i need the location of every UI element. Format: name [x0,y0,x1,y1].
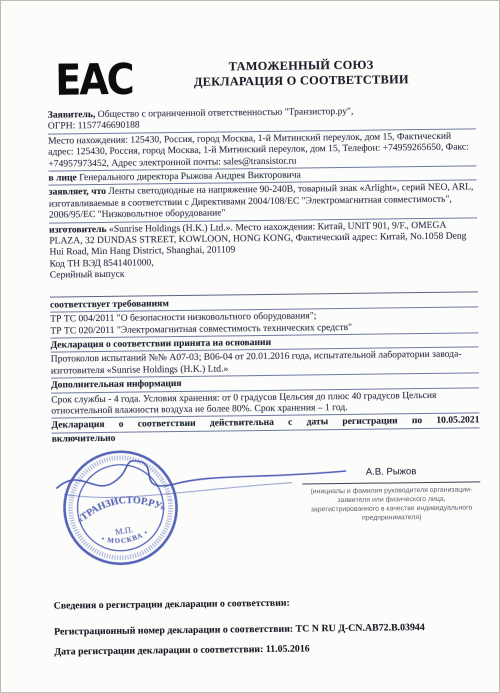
head-name: А.В. Рыжов [302,466,480,485]
regulations-section: ТР ТС 004/2011 "О безопасности низковоль… [50,308,478,338]
validity-section: Декларация о соответствии действительна … [51,415,479,445]
declaration-document: ЕАС ТАМОЖЕННЫЙ СОЮЗ ДЕКЛАРАЦИЯ О СООТВЕТ… [47,50,482,658]
document-title: ТАМОЖЕННЫЙ СОЮЗ ДЕКЛАРАЦИЯ О СООТВЕТСТВИ… [127,50,475,90]
represented-by-name: Генерального директора Рыжова Андрея Вик… [79,170,301,184]
applicant-label: Заявитель, [48,109,96,121]
applicant-section: Заявитель, Общество с ограниченной ответ… [48,104,476,134]
document-page: ЕАС ТАМОЖЕННЫЙ СОЮЗ ДЕКЛАРАЦИЯ О СООТВЕТ… [0,0,500,693]
eac-logo: ЕАС [47,55,128,105]
registration-block: Сведения о регистрации декларации о соот… [54,596,483,658]
manufacturer-label: изготовитель [49,224,107,236]
head-name-caption: (инициалы и фамилия руководителя организ… [302,485,480,523]
declares-label: заявляет, что [49,186,106,198]
applicant-address: Место нахождения: 125430, Россия, город … [48,130,476,171]
product-declaration-section: заявляет, что Ленты светодиодные на напр… [49,182,477,223]
head-signature-column: А.В. Рыжов (инициалы и фамилия руководит… [302,466,481,524]
basis-text: Протоколов испытаний №№ А07-03; В06-04 о… [51,349,479,379]
registration-date: Дата регистрации декларации о соответств… [54,641,482,658]
represented-by-label: в лице [48,172,76,183]
manufacturer-section: изготовитель «Sunrise Holdings (H.K.) Lt… [49,219,478,282]
manufacturer-info: «Sunrise Holdings (H.K.) Ltd.». Место на… [49,219,466,258]
stamp-mp-mark: М.П. [114,524,133,537]
registration-heading: Сведения о регистрации декларации о соот… [54,596,482,613]
document-header: ЕАС ТАМОЖЕННЫЙ СОЮЗ ДЕКЛАРАЦИЯ О СООТВЕТ… [47,50,476,99]
signature-area: «ТРАНЗИСТОР.РУ» М.П. • МОСКВА • А.В. Рыж… [52,444,482,585]
title-line-2: ДЕКЛАРАЦИЯ О СООТВЕТСТВИИ [127,71,475,90]
product-description: Ленты светодиодные на напряжение 90-240В… [49,182,474,221]
registration-number: Регистрационный номер декларации о соотв… [54,621,482,638]
